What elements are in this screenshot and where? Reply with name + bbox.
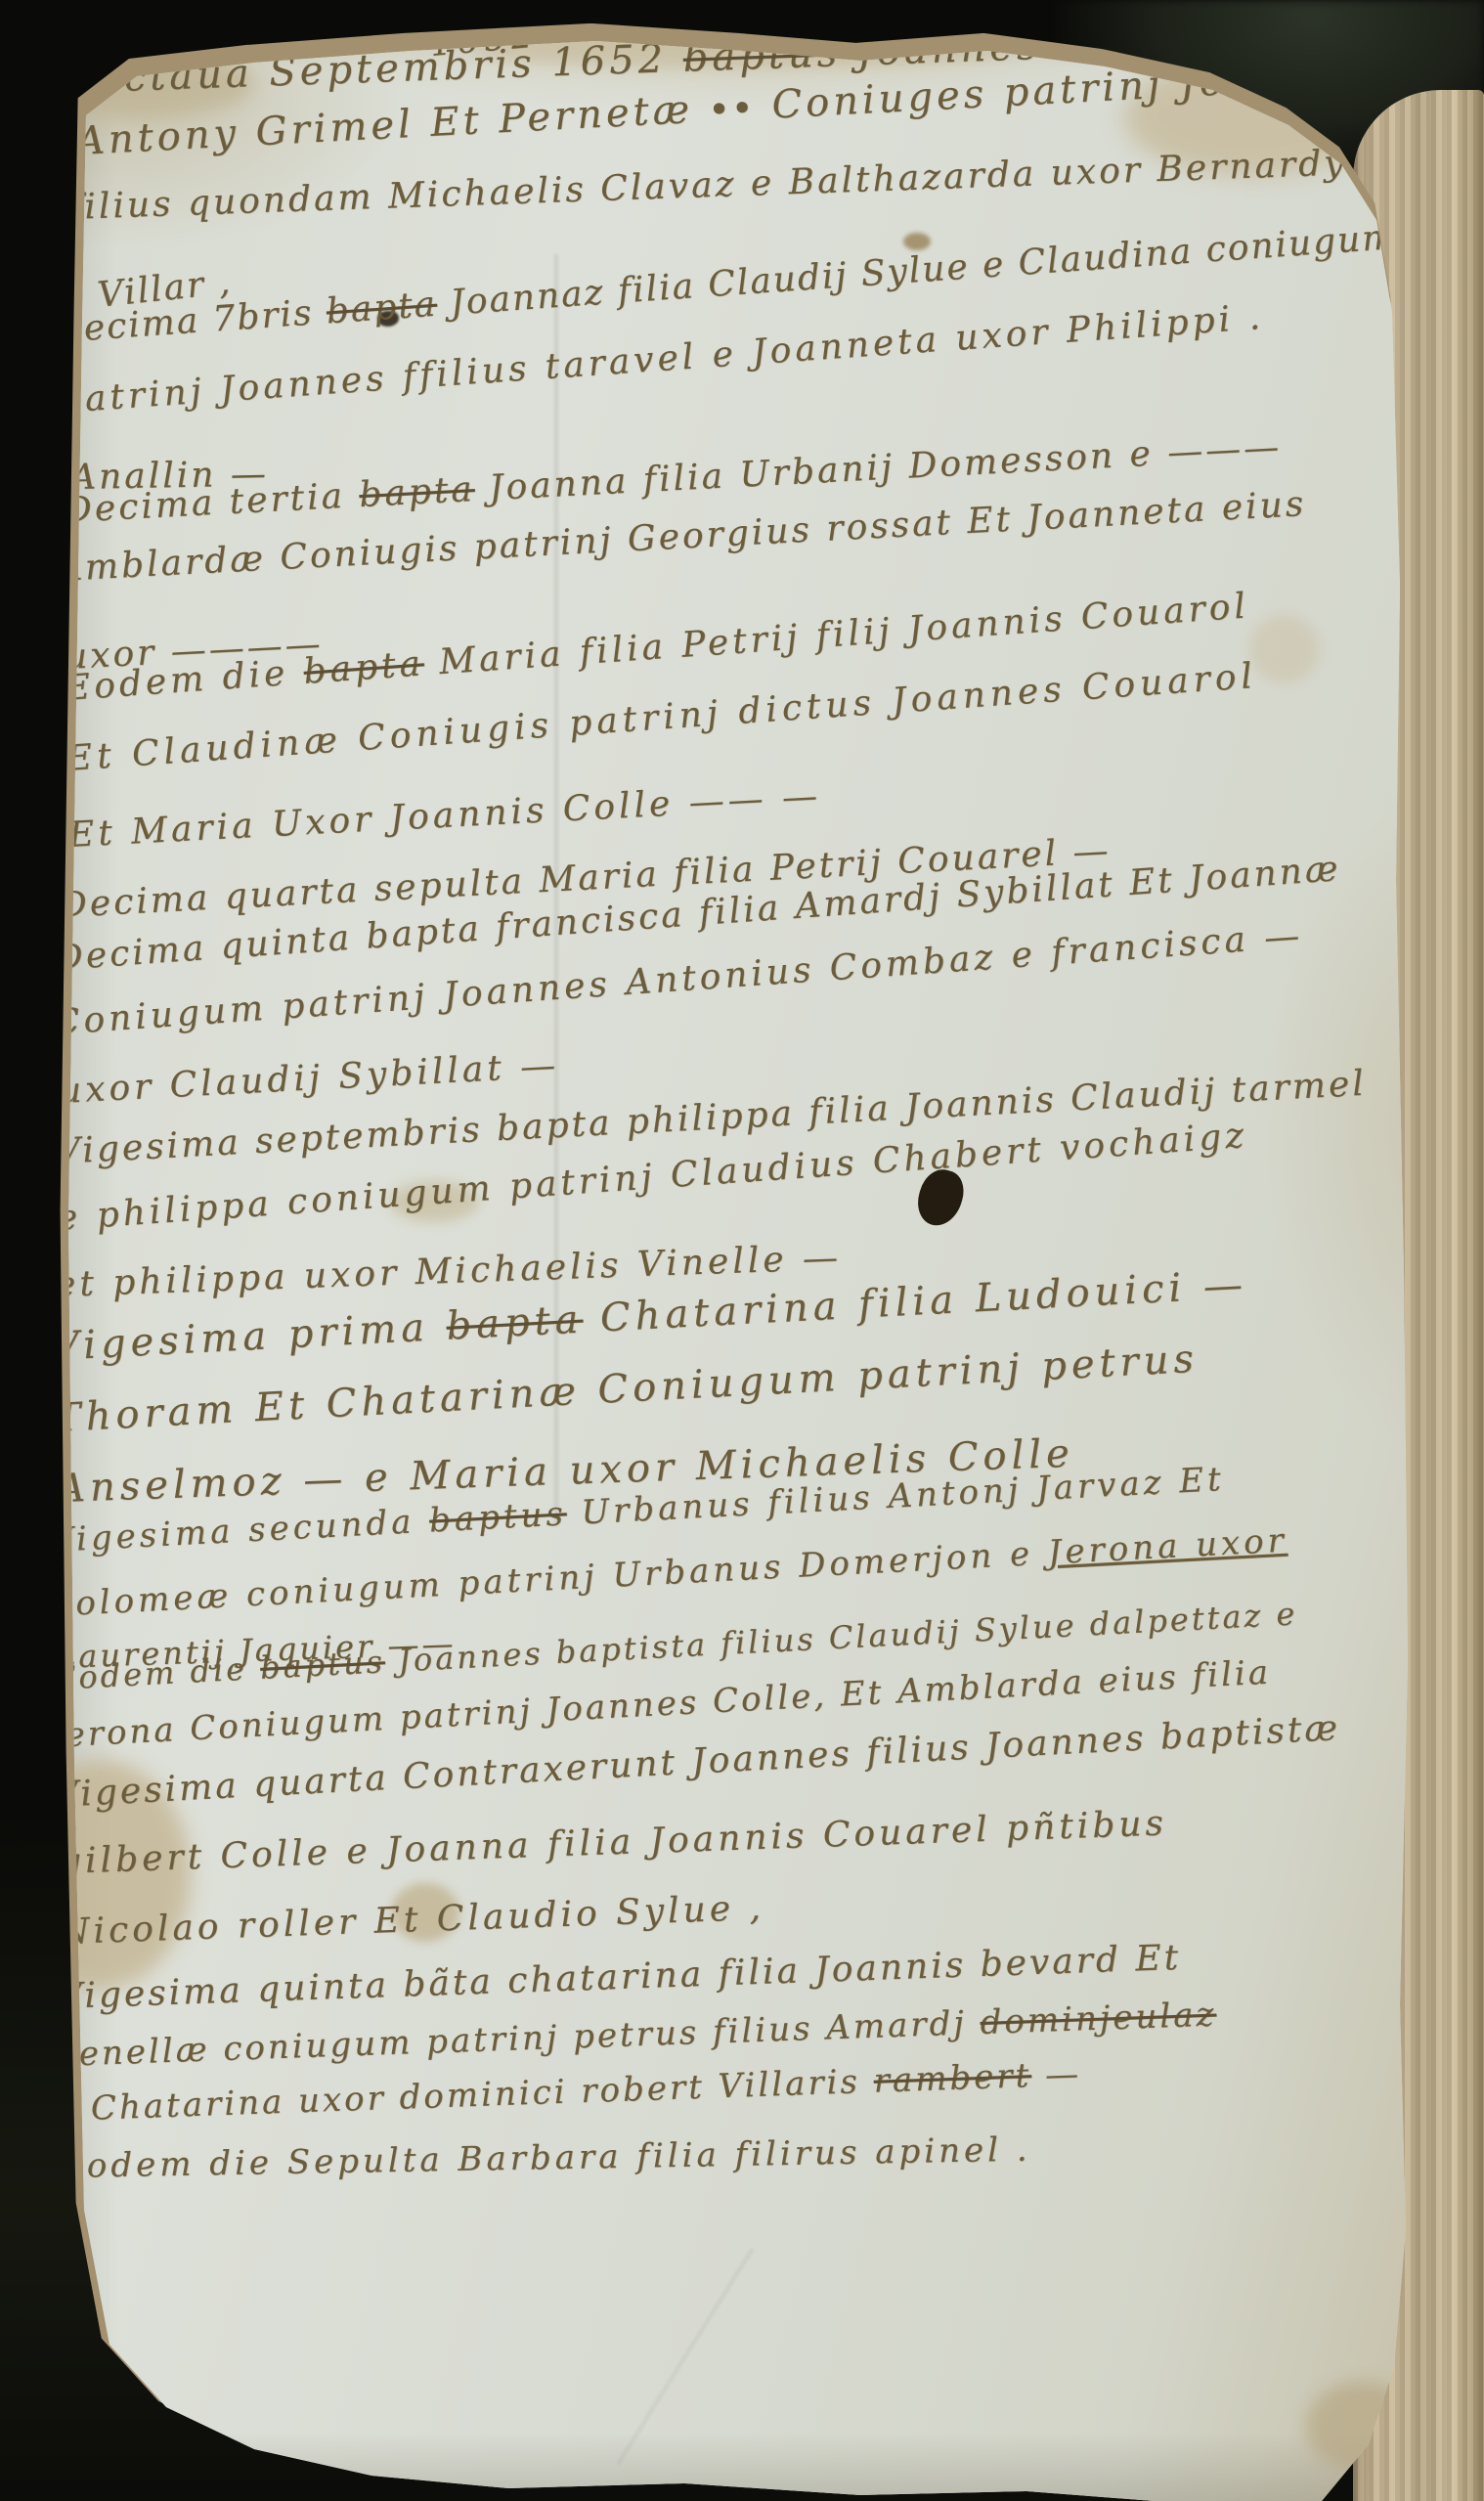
manuscript-line: Nicolao roller Et Claudio Sylue , xyxy=(58,1888,764,1953)
manuscript-line: gilbert Colle e Joanna filia Joannis Cou… xyxy=(58,1803,1167,1882)
manuscript-line: Eodem die Sepulta Barbara filia filirus … xyxy=(59,2130,1031,2186)
page-stain xyxy=(1249,614,1320,684)
manuscript-line: uxor Claudij Sybillat — xyxy=(58,1045,560,1112)
manuscript-page: 14 1652 —Octaua Septembris 1652 baptus J… xyxy=(0,0,1484,2501)
page-crease xyxy=(617,2248,753,2465)
manuscript-photo-scene: 14 1652 —Octaua Septembris 1652 baptus J… xyxy=(0,0,1484,2501)
page-stain xyxy=(903,233,931,250)
manuscript-line: Et Maria Uxor Joannis Colle —— — xyxy=(67,776,822,856)
